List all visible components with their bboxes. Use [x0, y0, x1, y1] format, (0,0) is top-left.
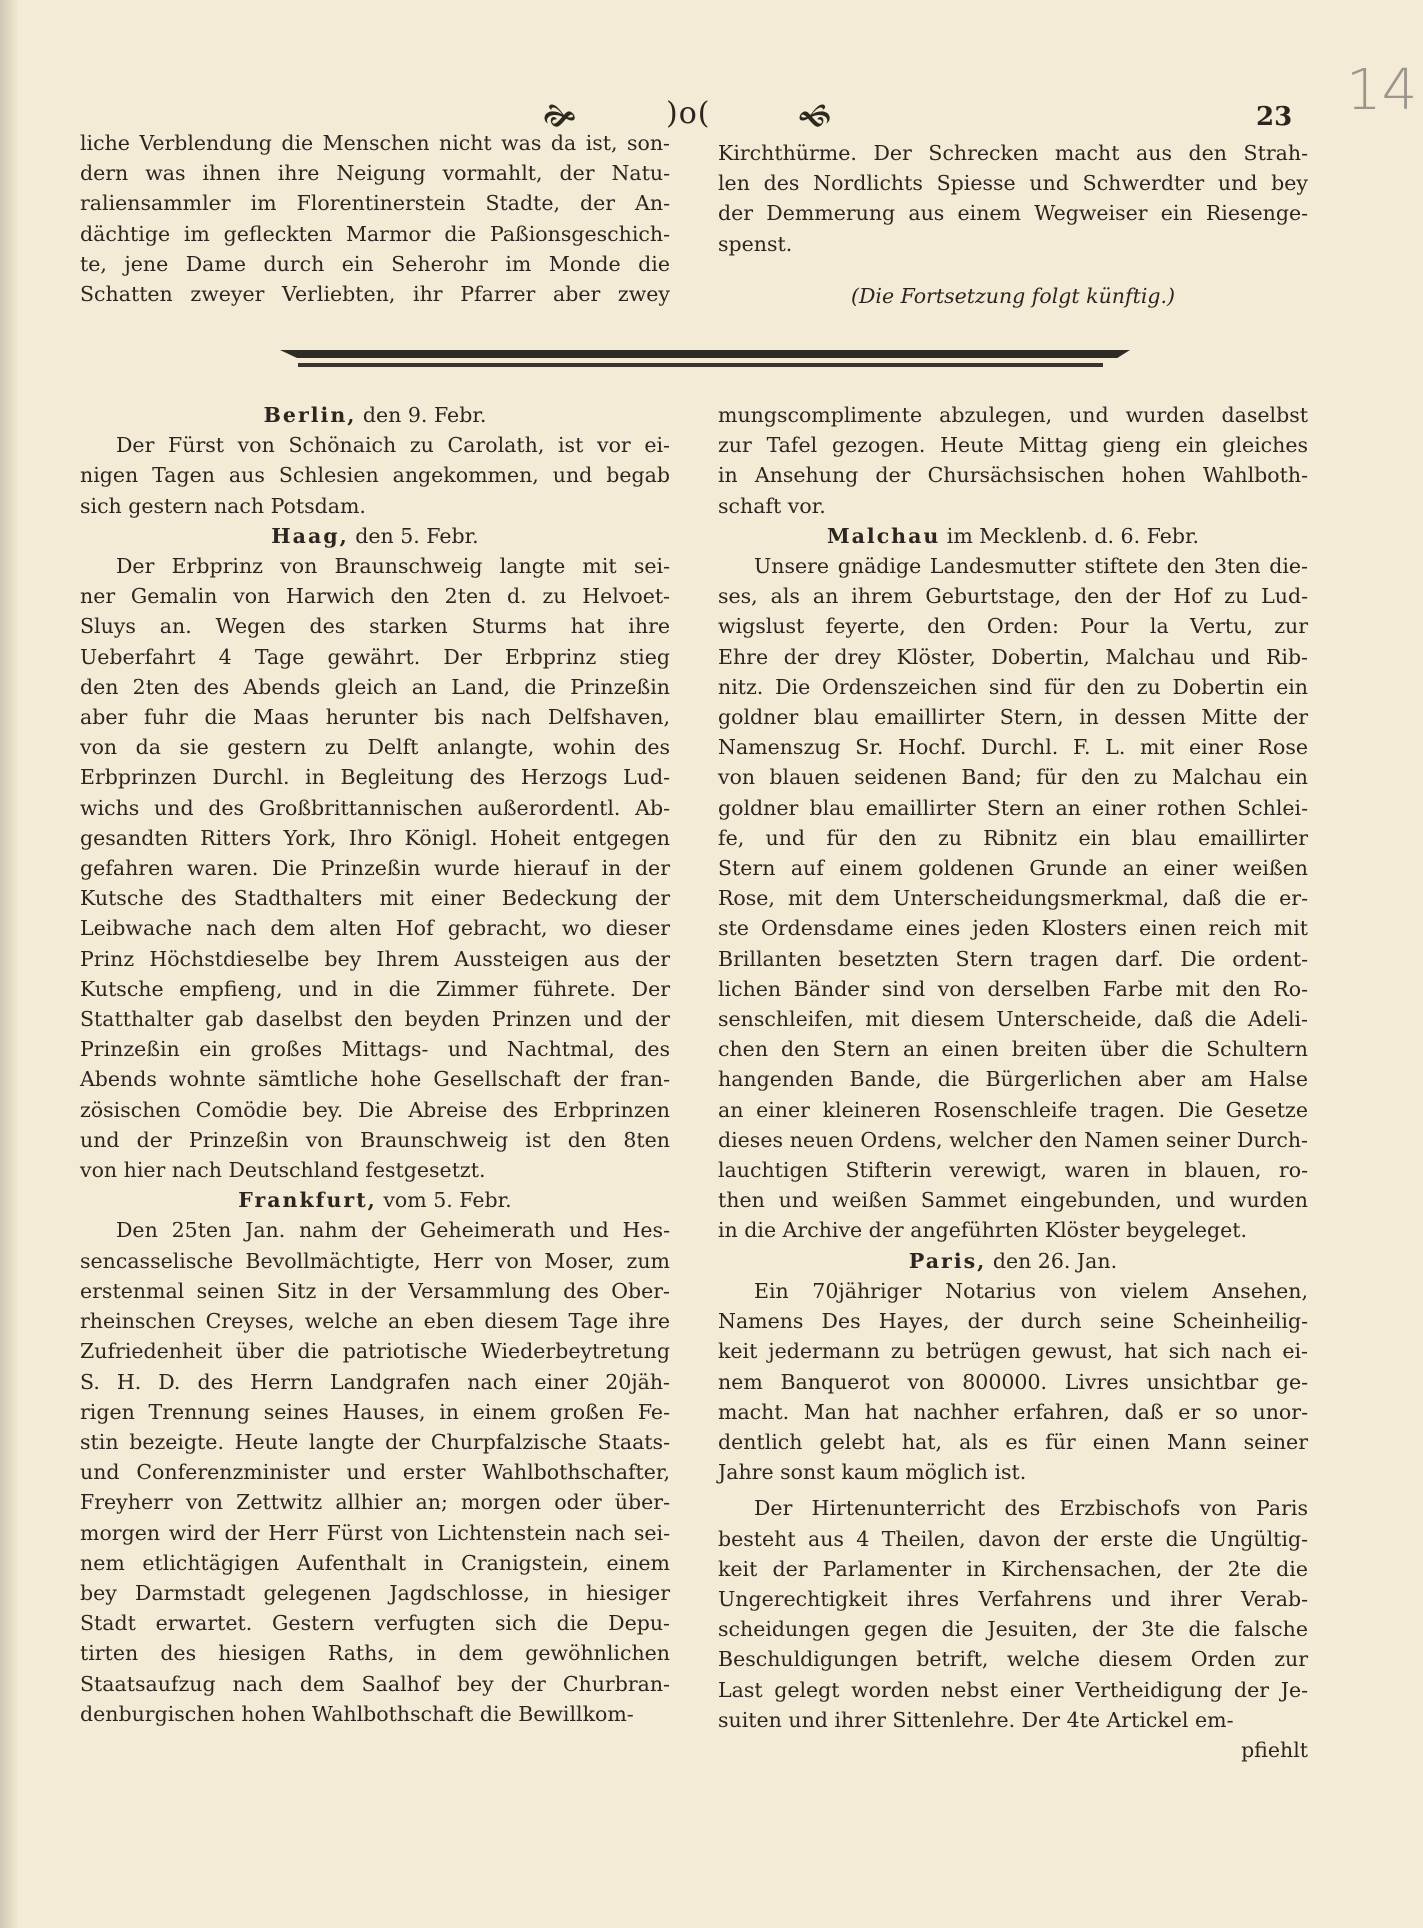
dateline-heading: Frankfurt, vom 5. Febr.: [80, 1185, 670, 1215]
text-line: lauchtigen Stifterin verewigt, waren in …: [718, 1155, 1308, 1185]
text-line: sich gestern nach Potsdam.: [80, 491, 670, 521]
text-line: ner Gemalin von Harwich den 2ten d. zu H…: [80, 581, 670, 611]
binding-gutter: [0, 0, 18, 1928]
text-line: Ehre der drey Klöster, Dobertin, Malchau…: [718, 642, 1308, 672]
text-line: macht. Man hat nachher erfahren, daß er …: [718, 1397, 1308, 1427]
dateline-date: im Mecklenb. d. 6. Febr.: [940, 524, 1199, 548]
text-line: dächtige im gefleckten Marmor die Paßion…: [80, 219, 670, 249]
text-line: von hier nach Deutschland festgesetzt.: [80, 1155, 670, 1185]
text-line: Namenszug Sr. Hochf. Durchl. F. L. mit e…: [718, 732, 1308, 762]
top-left-column: liche Verblendung die Menschen nicht was…: [80, 128, 670, 309]
text-line: von blauen seidenen Band; für den zu Mal…: [718, 762, 1308, 792]
page-number: 23: [1256, 102, 1292, 132]
news-paragraph: Der Hirtenunterricht des Erzbischofs von…: [718, 1493, 1308, 1735]
text-line: Jahre sonst kaum möglich ist.: [718, 1457, 1308, 1487]
dateline-place: Paris,: [909, 1249, 986, 1273]
text-line: schaft vor.: [718, 491, 1308, 521]
text-line: sencasselische Bevollmächtigte, Herr von…: [80, 1246, 670, 1276]
text-line: Stadt erwartet. Gestern verfugten sich d…: [80, 1608, 670, 1638]
text-line: dentlich gelebt hat, als es für einen Ma…: [718, 1427, 1308, 1457]
text-line: Erbprinzen Durchl. in Begleitung des Her…: [80, 762, 670, 792]
text-line: tirten des hiesigen Raths, in dem gewöhn…: [80, 1638, 670, 1668]
text-line: nitz. Die Ordenszeichen sind für den zu …: [718, 672, 1308, 702]
section-divider-rule: [280, 350, 1130, 372]
thin-rule: [298, 363, 1103, 367]
text-line: Der Hirtenunterricht des Erzbischofs von…: [718, 1493, 1308, 1523]
text-line: morgen wird der Herr Fürst von Lichtenst…: [80, 1518, 670, 1548]
catchword: pfiehlt: [718, 1735, 1308, 1765]
text-line: bey Darmstadt gelegenen Jagdschlosse, in…: [80, 1578, 670, 1608]
text-line: in die Archive der angeführten Klöster b…: [718, 1215, 1308, 1245]
text-line: Abends wohnte sämtliche hohe Gesellschaf…: [80, 1064, 670, 1094]
text-line: Unsere gnädige Landesmutter stiftete den…: [718, 551, 1308, 581]
text-line: Zufriedenheit über die patriotische Wied…: [80, 1336, 670, 1366]
text-line: Statthalter gab daselbst den beyden Prin…: [80, 1004, 670, 1034]
dateline-heading: Berlin, den 9. Febr.: [80, 400, 670, 430]
text-line: spenst.: [718, 229, 1308, 259]
dateline-date: den 9. Febr.: [356, 403, 486, 427]
text-line: keit der Parlamenter in Kirchensachen, d…: [718, 1554, 1308, 1584]
text-line: goldner blau emaillirter Stern an einer …: [718, 793, 1308, 823]
text-line: Last gelegt worden nebst einer Vertheidi…: [718, 1675, 1308, 1705]
text-line: raliensammler im Florentinerstein Stadte…: [80, 188, 670, 218]
text-line: Kirchthürme. Der Schrecken macht aus den…: [718, 138, 1308, 168]
text-line: nem Banquerot von 800000. Livres unsicht…: [718, 1367, 1308, 1397]
text-line: rigen Trennung seines Hauses, in einem g…: [80, 1397, 670, 1427]
text-line: Rose, mit dem Unterscheidungsmerkmal, da…: [718, 883, 1308, 913]
dateline-place: Frankfurt,: [238, 1188, 377, 1212]
left-news-column: Berlin, den 9. Febr.Der Fürst von Schöna…: [80, 400, 670, 1729]
news-paragraph: Der Erbprinz von Braunschweig langte mit…: [80, 551, 670, 1185]
text-line: dieses neuen Ordens, welcher den Namen s…: [718, 1125, 1308, 1155]
text-line: dern was ihnen ihre Neigung vormahlt, de…: [80, 158, 670, 188]
text-line: Kutsche des Stadthalters mit einer Bedec…: [80, 883, 670, 913]
text-line: fe, und für den zu Ribnitz ein blau emai…: [718, 823, 1308, 853]
text-line: Stern auf einem goldenen Grunde an einer…: [718, 853, 1308, 883]
text-line: stin bezeigte. Heute langte der Churpfal…: [80, 1427, 670, 1457]
text-line: senschleifen, mit diesem Unterscheide, d…: [718, 1004, 1308, 1034]
text-line: aber fuhr die Maas herunter bis nach Del…: [80, 702, 670, 732]
text-line: Schatten zweyer Verliebten, ihr Pfarrer …: [80, 279, 670, 309]
top-right-column: Kirchthürme. Der Schrecken macht aus den…: [718, 138, 1308, 311]
dateline-heading: Malchau im Mecklenb. d. 6. Febr.: [718, 521, 1308, 551]
text-line: denburgischen hohen Wahlbothschaft die B…: [80, 1699, 670, 1729]
text-line: Brillanten besetzten Stern tragen darf. …: [718, 944, 1308, 974]
header-mark: )o(: [666, 96, 710, 131]
text-line: in Ansehung der Chursächsischen hohen Wa…: [718, 460, 1308, 490]
text-line: goldner blau emaillirter Stern, in desse…: [718, 702, 1308, 732]
news-paragraph: Der Fürst von Schönaich zu Carolath, ist…: [80, 430, 670, 521]
text-line: len des Nordlichts Spiesse und Schwerdte…: [718, 168, 1308, 198]
text-line: wichs und des Großbrittannischen außeror…: [80, 793, 670, 823]
text-line: rheinschen Creyses, welche an eben diese…: [80, 1306, 670, 1336]
dateline-date: den 26. Jan.: [986, 1249, 1117, 1273]
text-line: und Conferenzminister und erster Wahlbot…: [80, 1457, 670, 1487]
text-line: besteht aus 4 Theilen, davon der erste d…: [718, 1524, 1308, 1554]
text-line: Den 25ten Jan. nahm der Geheimerath und …: [80, 1215, 670, 1245]
dateline-date: den 5. Febr.: [349, 524, 479, 548]
dateline-heading: Paris, den 26. Jan.: [718, 1246, 1308, 1276]
news-paragraph: mungscomplimente abzulegen, und wurden d…: [718, 400, 1308, 521]
text-line: ses, als an ihrem Geburtstage, den der H…: [718, 581, 1308, 611]
news-paragraph: Unsere gnädige Landesmutter stiftete den…: [718, 551, 1308, 1246]
text-line: Prinz Höchstdieselbe bey Ihrem Aussteige…: [80, 944, 670, 974]
text-line: liche Verblendung die Menschen nicht was…: [80, 128, 670, 158]
text-line: lichen Bänder sind von derselben Farbe m…: [718, 974, 1308, 1004]
text-line: Sluys an. Wegen des starken Sturms hat i…: [80, 611, 670, 641]
thick-rule: [280, 350, 1130, 358]
text-line: chen den Stern an einen breiten über die…: [718, 1034, 1308, 1064]
text-line: gesandten Ritters York, Ihro Königl. Hoh…: [80, 823, 670, 853]
text-line: Der Fürst von Schönaich zu Carolath, ist…: [80, 430, 670, 460]
text-line: zur Tafel gezogen. Heute Mittag gieng ei…: [718, 430, 1308, 460]
text-line: Freyherr von Zettwitz allhier an; morgen…: [80, 1487, 670, 1517]
text-line: Ueberfahrt 4 Tage gewährt. Der Erbprinz …: [80, 642, 670, 672]
text-line: und der Prinzeßin von Braunschweig ist d…: [80, 1125, 670, 1155]
dateline-place: Haag,: [271, 524, 348, 548]
text-line: hangenden Bande, die Bürgerlichen aber a…: [718, 1064, 1308, 1094]
newspaper-page: 🙞 )o( 🙜 23 14 liche Verblendung die Mens…: [18, 0, 1423, 1928]
text-line: Prinzeßin ein großes Mittags- und Nachtm…: [80, 1034, 670, 1064]
dateline-date: vom 5. Febr.: [377, 1188, 512, 1212]
text-line: Kutsche empfieng, und in die Zimmer führ…: [80, 974, 670, 1004]
text-line: scheidungen gegen die Jesuiten, der 3te …: [718, 1614, 1308, 1644]
text-line: S. H. D. des Herrn Landgrafen nach einer…: [80, 1367, 670, 1397]
text-line: von da sie gestern zu Delft anlangte, wo…: [80, 732, 670, 762]
text-line: gefahren waren. Die Prinzeßin wurde hier…: [80, 853, 670, 883]
text-line: an einer kleineren Rosenschleife tragen.…: [718, 1095, 1308, 1125]
pencil-folio-number: 14: [1346, 58, 1417, 123]
text-line: Ungerechtigkeit ihres Verfahrens und ihr…: [718, 1584, 1308, 1614]
text-line: Der Erbprinz von Braunschweig langte mit…: [80, 551, 670, 581]
text-line: Beschuldigungen betrift, welche diesem O…: [718, 1644, 1308, 1674]
text-line: nem etlichtägigen Aufenthalt in Cranigst…: [80, 1548, 670, 1578]
text-line: der Demmerung aus einem Wegweiser ein Ri…: [718, 198, 1308, 228]
text-line: Staatsaufzug nach dem Saalhof bey der Ch…: [80, 1669, 670, 1699]
text-line: then und weißen Sammet eingebunden, und …: [718, 1185, 1308, 1215]
right-news-column: mungscomplimente abzulegen, und wurden d…: [718, 400, 1308, 1765]
text-line: wigslust feyerte, den Orden: Pour la Ver…: [718, 611, 1308, 641]
text-line: erstenmal seinen Sitz in der Versammlung…: [80, 1276, 670, 1306]
news-paragraph: Den 25ten Jan. nahm der Geheimerath und …: [80, 1215, 670, 1728]
text-line: Namens Des Hayes, der durch seine Schein…: [718, 1306, 1308, 1336]
text-line: Ein 70jähriger Notarius von vielem Anseh…: [718, 1276, 1308, 1306]
text-line: suiten und ihrer Sittenlehre. Der 4te Ar…: [718, 1705, 1308, 1735]
text-line: zösischen Comödie bey. Die Abreise des E…: [80, 1095, 670, 1125]
dateline-heading: Haag, den 5. Febr.: [80, 521, 670, 551]
text-line: Leibwache nach dem alten Hof gebracht, w…: [80, 913, 670, 943]
text-line: ste Ordensdame eines jeden Klosters eine…: [718, 913, 1308, 943]
text-line: den 2ten des Abends gleich an Land, die …: [80, 672, 670, 702]
text-line: nigen Tagen aus Schlesien angekommen, un…: [80, 460, 670, 490]
dateline-place: Malchau: [827, 524, 940, 548]
text-line: te, jene Dame durch ein Seherohr im Mond…: [80, 249, 670, 279]
text-line: keit jedermann zu betrügen gewust, hat s…: [718, 1336, 1308, 1366]
text-line: mungscomplimente abzulegen, und wurden d…: [718, 400, 1308, 430]
dateline-place: Berlin,: [264, 403, 357, 427]
continued-notice: (Die Fortsetzung folgt künftig.): [718, 281, 1308, 311]
news-paragraph: Ein 70jähriger Notarius von vielem Anseh…: [718, 1276, 1308, 1487]
